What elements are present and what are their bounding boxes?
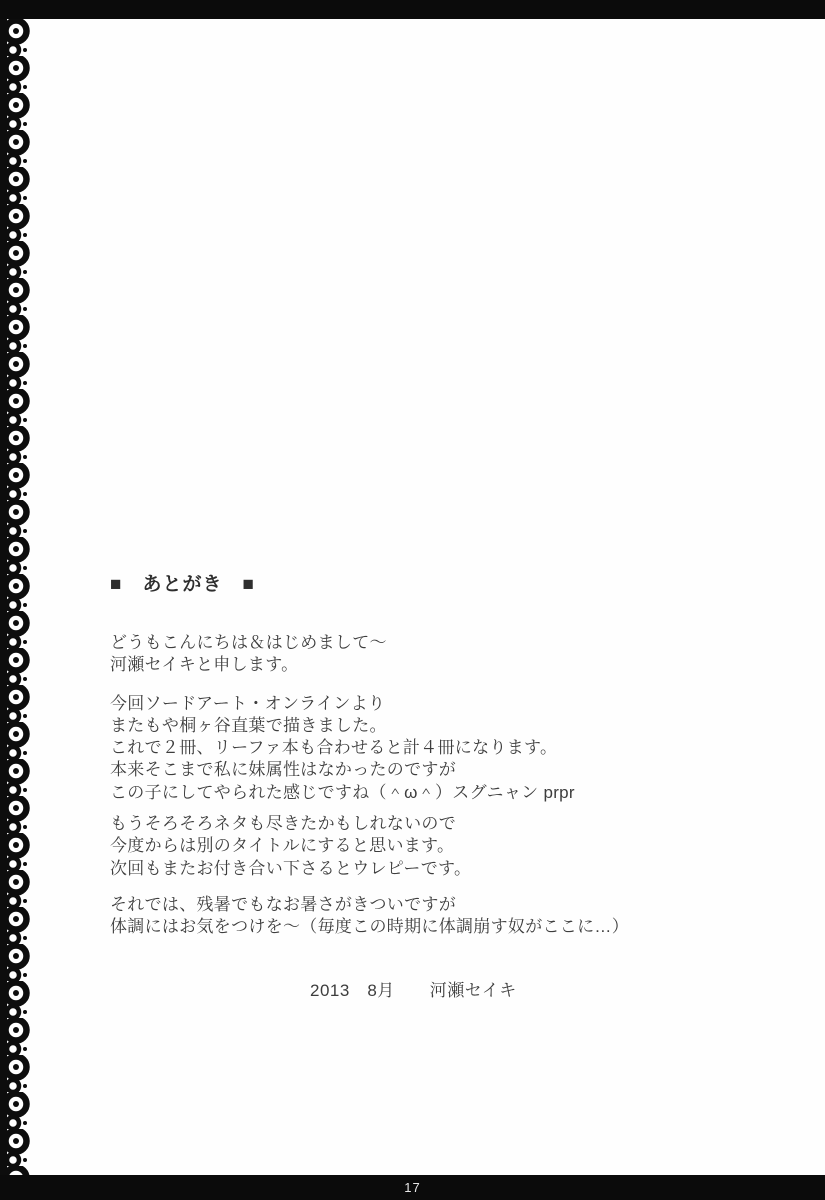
page-number: 17 xyxy=(404,1181,420,1194)
scanned-afterword-page: ■ あとがき ■ どうもこんにちは＆はじめまして～ 河瀬セイキと申します。 今回… xyxy=(0,0,825,1200)
afterword-text-block: ■ あとがき ■ どうもこんにちは＆はじめまして～ 河瀬セイキと申します。 今回… xyxy=(110,572,710,1002)
afterword-heading: ■ あとがき ■ xyxy=(110,572,710,598)
afterword-paragraph-main: 今回ソードアート・オンラインより またもや桐ヶ谷直葉で描きました。 これで２冊、… xyxy=(110,693,710,804)
bottom-print-border: 17 xyxy=(0,1175,825,1200)
afterword-paragraph-next-title: もうそろそろネタも尽きたかもしれないので 今度からは別のタイトルにすると思います… xyxy=(110,813,710,880)
afterword-paragraph-greeting: どうもこんにちは＆はじめまして～ 河瀬セイキと申します。 xyxy=(110,632,710,677)
lace-trim-border xyxy=(0,19,34,1175)
date-author-signature: 2013 8月 河瀬セイキ xyxy=(310,980,710,1002)
afterword-paragraph-closing: それでは、残暑でもなお暑さがきついですが 体調にはお気をつけを～（毎度この時期に… xyxy=(110,894,710,939)
top-print-border xyxy=(0,0,825,19)
